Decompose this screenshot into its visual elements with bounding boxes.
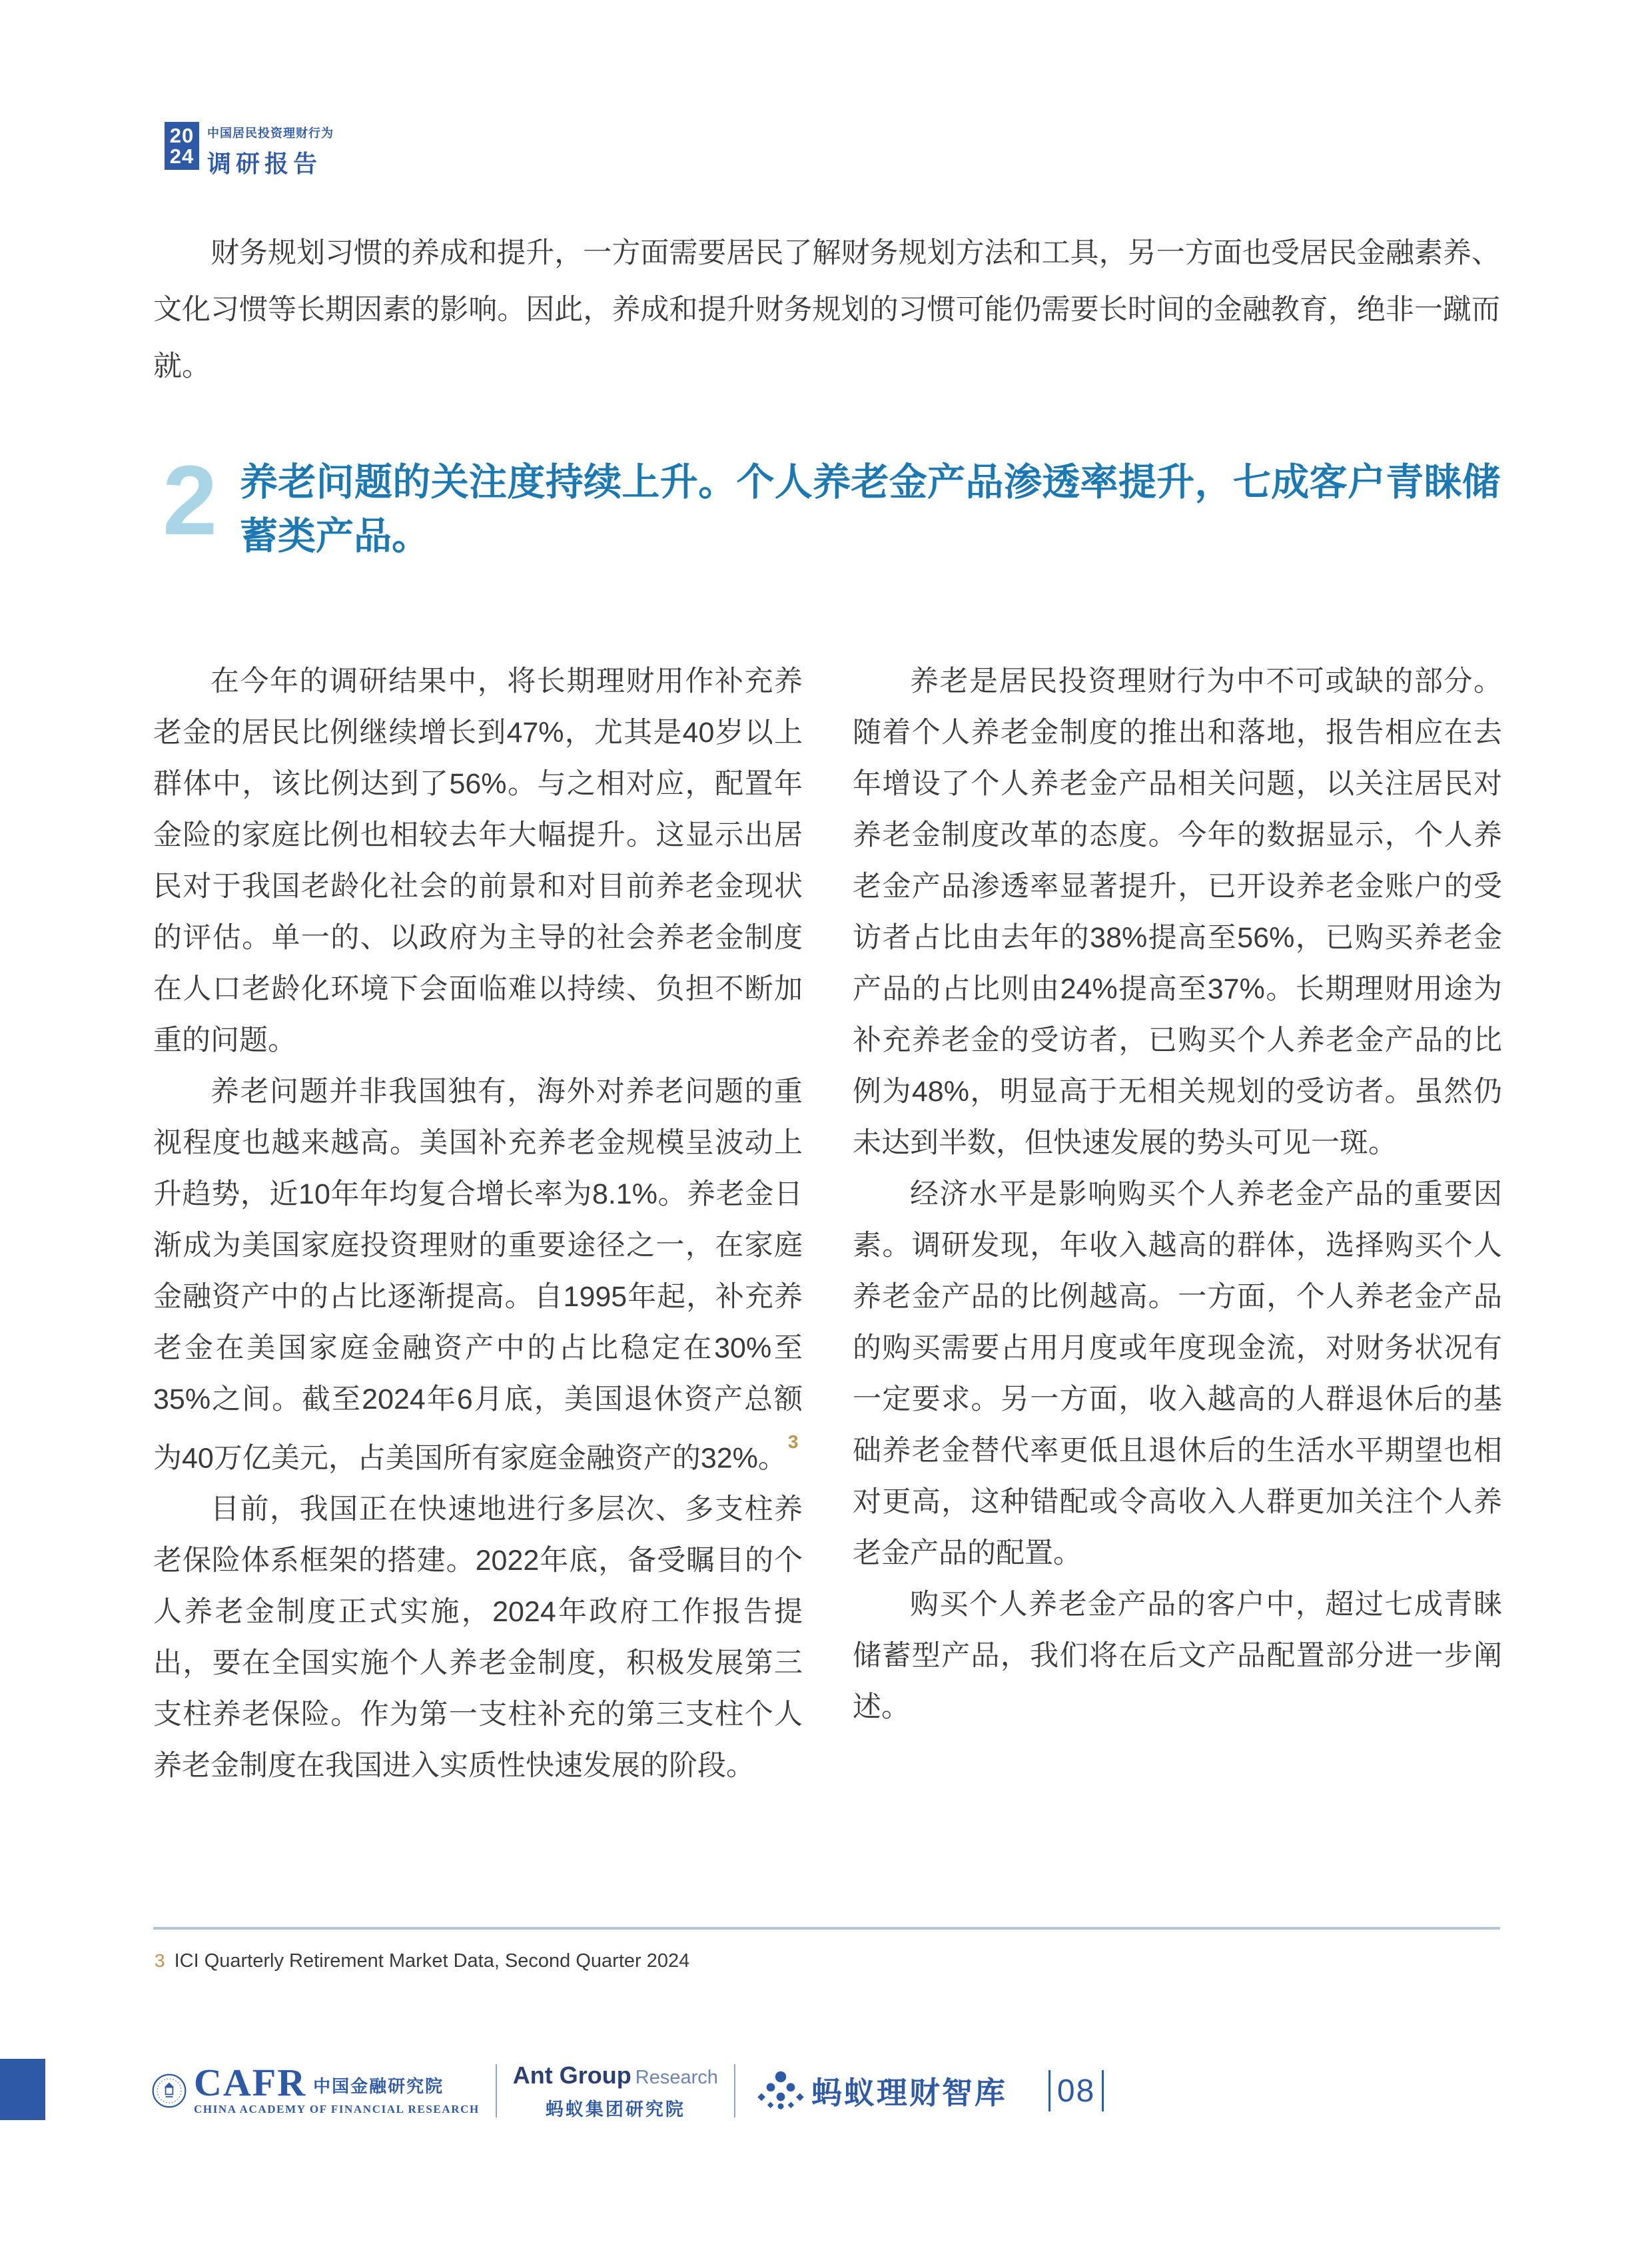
footnote-ref-3: 3 — [788, 1431, 799, 1452]
right-paragraph-2: 经济水平是影响购买个人养老金产品的重要因素。调研发现，年收入越高的群体，选择购买… — [853, 1169, 1502, 1579]
left-paragraph-2-text: 养老问题并非我国独有，海外对养老问题的重视程度也越来越高。美国补充养老金规模呈波… — [153, 1076, 803, 1474]
section-number: 2 — [163, 452, 217, 550]
left-paragraph-2: 养老问题并非我国独有，海外对养老问题的重视程度也越来越高。美国补充养老金规模呈波… — [153, 1066, 803, 1484]
year-badge: 20 24 — [165, 122, 199, 170]
body-columns: 在今年的调研结果中，将长期理财用作补充养老金的居民比例继续增长到47%，尤其是4… — [153, 656, 1502, 1792]
page-bar-right — [1102, 2070, 1104, 2111]
footnote: 3 ICI Quarterly Retirement Market Data, … — [155, 1950, 689, 1972]
report-logo: 20 24 中国居民投资理财行为 调研报告 — [165, 122, 334, 179]
year-line-2: 24 — [170, 146, 194, 167]
right-paragraph-1: 养老是居民投资理财行为中不可或缺的部分。随着个人养老金制度的推出和落地，报告相应… — [853, 656, 1502, 1169]
ant-group-cn: 蚂蚁集团研究院 — [513, 2095, 718, 2121]
ant-group-research: Research — [635, 2067, 718, 2089]
page-number: 08 — [1057, 2073, 1095, 2109]
page-bar-left — [1048, 2070, 1050, 2111]
think-tank-label: 蚂蚁理财智库 — [811, 2069, 1007, 2113]
left-column: 在今年的调研结果中，将长期理财用作补充养老金的居民比例继续增长到47%，尤其是4… — [153, 656, 803, 1792]
logo-text-block: 中国居民投资理财行为 调研报告 — [207, 122, 334, 179]
right-paragraph-3: 购买个人养老金产品的客户中，超过七成青睐储蓄型产品，我们将在后文产品配置部分进一… — [853, 1579, 1502, 1733]
footer-divider-2 — [734, 2064, 735, 2117]
cafr-logo-block: CAFR 中国金融研究院 CHINA ACADEMY OF FINANCIAL … — [194, 2065, 480, 2116]
logo-title: 调研报告 — [207, 145, 334, 179]
cafr-abbr: CAFR — [194, 2065, 306, 2100]
logo-subtitle: 中国居民投资理财行为 — [207, 124, 334, 141]
cafr-seal-icon — [151, 2073, 187, 2109]
left-paragraph-3: 目前，我国正在快速地进行多层次、多支柱养老保险体系框架的搭建。2022年底，备受… — [153, 1484, 803, 1792]
right-column: 养老是居民投资理财行为中不可或缺的部分。随着个人养老金制度的推出和落地，报告相应… — [853, 656, 1502, 1792]
left-paragraph-1: 在今年的调研结果中，将长期理财用作补充养老金的居民比例继续增长到47%，尤其是4… — [153, 656, 803, 1066]
ant-dots-icon — [755, 2071, 806, 2111]
ant-group-block: Ant Group Research 蚂蚁集团研究院 — [513, 2061, 718, 2121]
ant-group-name: Ant Group — [513, 2061, 631, 2089]
cafr-name-en: CHINA ACADEMY OF FINANCIAL RESEARCH — [194, 2103, 480, 2116]
footnote-divider — [153, 1927, 1500, 1930]
intro-paragraph: 财务规划习惯的养成和提升，一方面需要居民了解财务规划方法和工具，另一方面也受居民… — [153, 225, 1500, 395]
footer: CAFR 中国金融研究院 CHINA ACADEMY OF FINANCIAL … — [151, 2059, 1104, 2123]
section-title: 养老问题的关注度持续上升。个人养老金产品渗透率提升，七成客户青睐储蓄类产品。 — [240, 445, 1500, 563]
report-page: 20 24 中国居民投资理财行为 调研报告 财务规划习惯的养成和提升，一方面需要… — [0, 0, 1652, 2242]
footer-divider-1 — [496, 2064, 497, 2117]
section-header: 2 养老问题的关注度持续上升。个人养老金产品渗透率提升，七成客户青睐储蓄类产品。 — [153, 445, 1500, 563]
footer-accent-block — [0, 2059, 45, 2120]
page-number-block: 08 — [1048, 2070, 1104, 2111]
footnote-marker: 3 — [155, 1950, 165, 1972]
cafr-name-cn: 中国金融研究院 — [313, 2073, 444, 2097]
year-line-1: 20 — [170, 125, 194, 146]
footnote-text: ICI Quarterly Retirement Market Data, Se… — [175, 1950, 690, 1972]
